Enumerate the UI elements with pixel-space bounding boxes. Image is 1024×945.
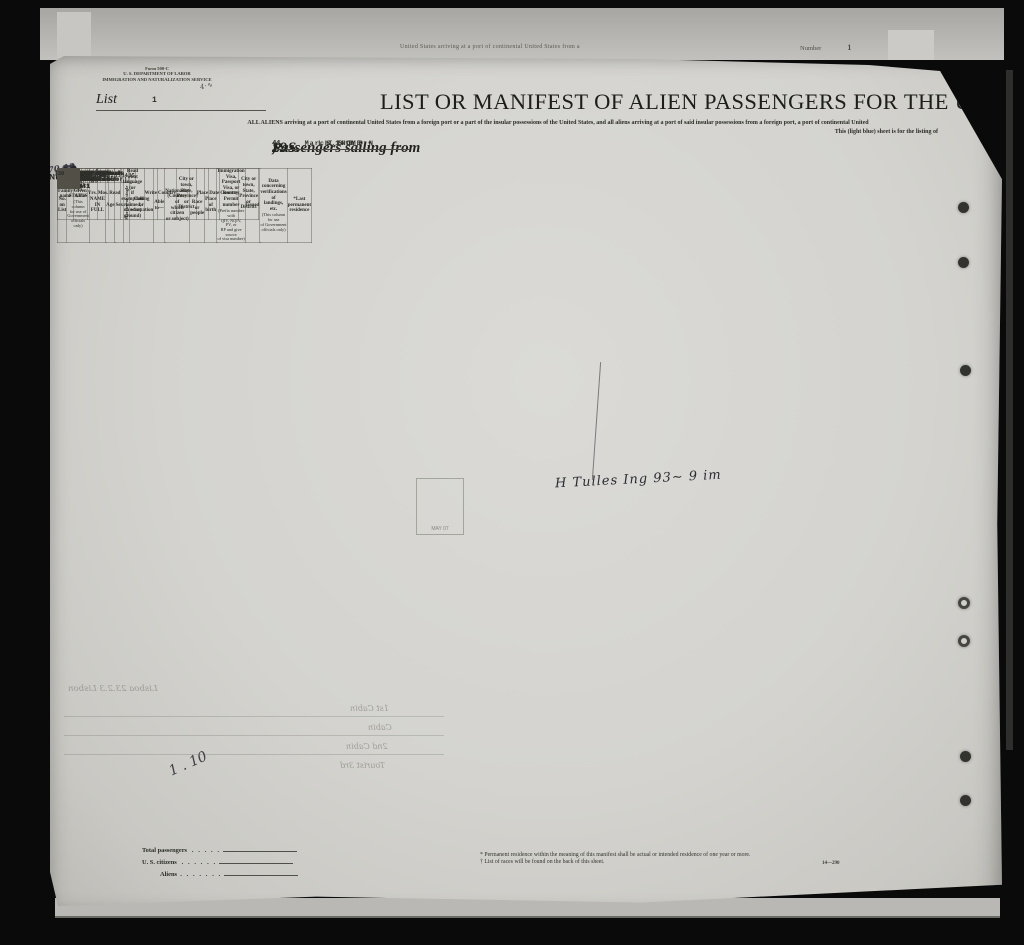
print-code: 14—290 [822, 861, 840, 866]
cell-rcity [79, 169, 80, 189]
bleedthrough-line: 1st Cabin [350, 704, 389, 713]
verif-note: (This column for use of Government offic… [260, 213, 286, 232]
list-number: 1 [152, 96, 157, 105]
punch-hole [958, 257, 969, 268]
faint-date-stamp: MAY 07 [416, 478, 464, 535]
punch-hole [958, 635, 970, 647]
us-citizens-text: U. S. citizens . . . . . . [142, 859, 215, 866]
total-passengers-text: Total passengers . . . . . [142, 847, 219, 854]
footnote-residence: * Permanent residence within the meaning… [480, 852, 750, 858]
behind-number-value: 1 [847, 43, 851, 52]
bleedthrough-line: Cabin [368, 723, 392, 732]
birth-country-header: Country [157, 169, 176, 220]
manifest-page: Form 500-C U. S. DEPARTMENT OF LABOR IMM… [50, 56, 1002, 906]
aliens-label: Aliens . . . . . . . [160, 869, 298, 878]
issue-place-header: Place [196, 169, 208, 220]
behind-page-edge [40, 8, 1004, 60]
subtitle-line2: This (light blue) sheet is for the listi… [560, 129, 938, 135]
bleedthrough-rule [64, 716, 444, 717]
bleedthrough-note: Lisboa 23.2.3 Lisbon [68, 684, 158, 694]
us-citizens-blank [219, 857, 293, 864]
page-corner-tab-right [888, 30, 934, 60]
punch-hole [960, 751, 971, 762]
microfilm-scan: United States arriving at a port of cont… [0, 0, 1024, 945]
behind-page-text: United States arriving at a port of cont… [400, 44, 580, 50]
aliens-blank [224, 869, 298, 876]
verif-title: Data concerning verifications of landing… [260, 179, 286, 212]
form-code-block: Form 500-C U. S. DEPARTMENT OF LABOR IMM… [82, 66, 232, 82]
col-verif-header: Data concerning verifications of landing… [260, 169, 287, 243]
punch-hole [960, 795, 971, 806]
list-label: List [96, 92, 117, 108]
col-residence-header: *Last permanent residence [287, 169, 311, 243]
list-underline [96, 110, 266, 111]
pencil-scribble: 4·∿ [199, 81, 213, 92]
punch-hole [958, 202, 969, 213]
behind-number-label: Number [800, 45, 821, 52]
write-header: Write [144, 169, 157, 220]
total-passengers-blank [223, 845, 297, 852]
behind-page-number: Number1 [800, 43, 851, 52]
page-edge-sliver [1006, 70, 1013, 750]
footnote-races: † List of races will be found on the bac… [480, 859, 604, 865]
total-passengers-label: Total passengers . . . . . [142, 845, 297, 854]
behind-page-bottom-edge [55, 898, 1000, 918]
residence-city-header: City or town, State, Province or Distric… [239, 169, 259, 220]
subtitle-line1: ALL ALIENS arriving at a port of contine… [178, 120, 938, 126]
us-citizens-label: U. S. citizens . . . . . . [142, 857, 293, 866]
bleedthrough-line: Tourist 3rd [340, 761, 385, 770]
residence-country-header: Country [220, 169, 239, 220]
vessel-line: S. S. S.THOME Passengers sailing from L … [272, 140, 972, 162]
issue-date-header: Date [209, 169, 220, 220]
footnotes: * Permanent residence within the meaning… [480, 852, 750, 866]
punch-hole [960, 365, 971, 376]
year-typed: 41 [272, 140, 281, 148]
page-corner-tab-left [57, 12, 91, 58]
bleedthrough-line: 2nd Cabin [346, 742, 388, 751]
pencil-stroke [592, 362, 602, 480]
birth-city-header: City or town, State, Province or Distric… [177, 169, 197, 220]
manifest-row: 30 [57, 168, 80, 189]
punch-hole [958, 597, 970, 609]
cell-text: La Baule [79, 169, 101, 184]
aliens-text: Aliens . . . . . . . [160, 871, 220, 878]
sailing-date: March 14th [278, 140, 382, 150]
page-title: LIST OR MANIFEST OF ALIEN PASSENGERS FOR… [380, 89, 964, 115]
bleedthrough-rule [64, 735, 444, 736]
inspector-handwriting: H Tulles Ing 93~ 9 im [555, 468, 722, 492]
bleedthrough-rule [64, 754, 444, 755]
